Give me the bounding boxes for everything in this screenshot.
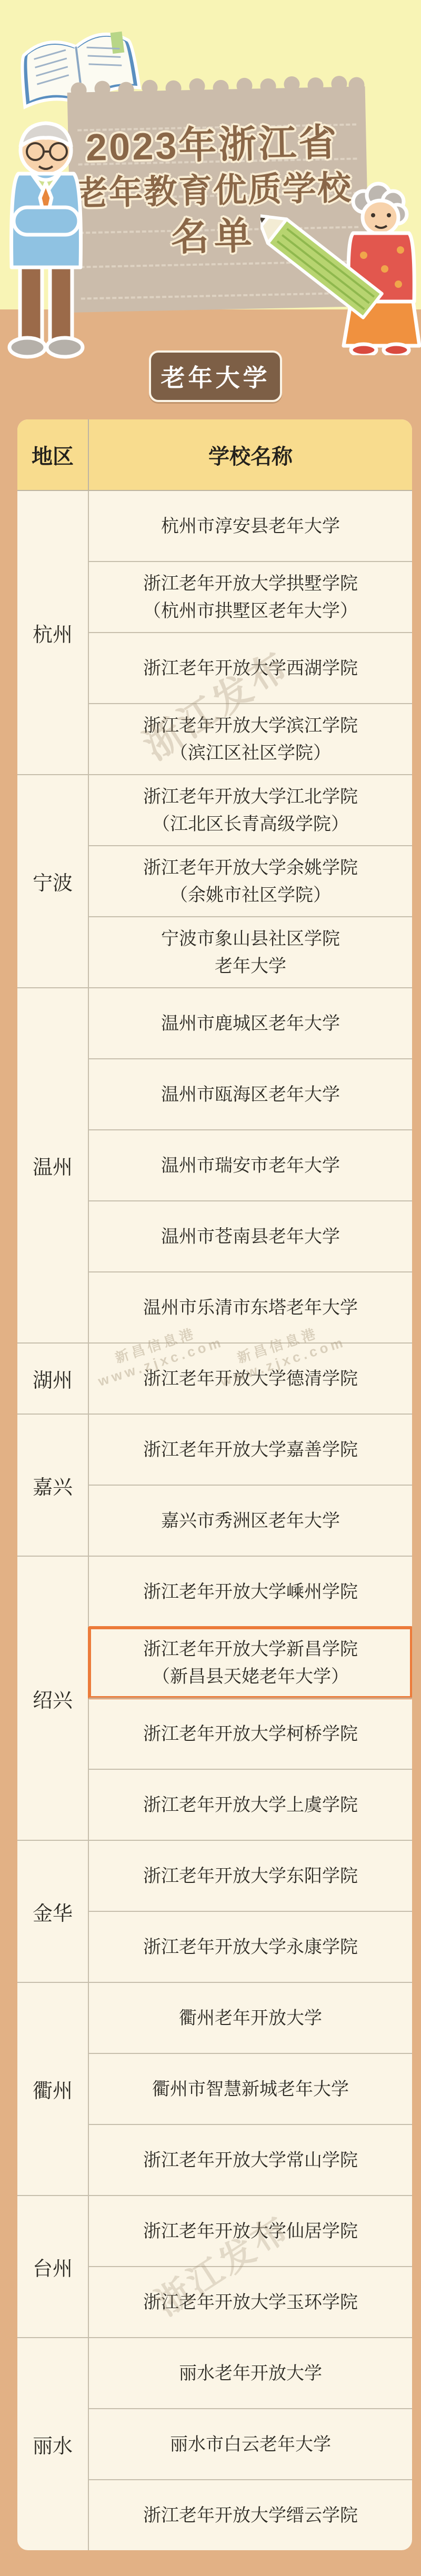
- school-name-line: （新昌县天姥老年大学）: [152, 1663, 349, 1690]
- school-row: 浙江老年开放大学常山学院: [89, 2124, 412, 2195]
- school-name-line: 浙江老年开放大学德清学院: [143, 1365, 358, 1392]
- school-name-line: 温州市鹿城区老年大学: [161, 1010, 340, 1037]
- school-row-highlighted: 浙江老年开放大学新昌学院（新昌县天姥老年大学）: [89, 1627, 412, 1698]
- school-row: 浙江老年开放大学西湖学院: [89, 632, 412, 703]
- region-rows: 浙江老年开放大学嵊州学院浙江老年开放大学新昌学院（新昌县天姥老年大学）浙江老年开…: [88, 1557, 412, 1840]
- school-row: 丽水老年开放大学: [89, 2338, 412, 2408]
- school-name-line: 浙江老年开放大学拱墅学院: [143, 570, 358, 597]
- school-name-line: 浙江老年开放大学江北学院: [143, 783, 358, 810]
- region-label: 温州: [17, 988, 88, 1342]
- school-row: 浙江老年开放大学仙居学院: [89, 2196, 412, 2266]
- region-label: 台州: [17, 2196, 88, 2337]
- category-badge-label: 老年大学: [161, 359, 270, 394]
- region-group: 嘉兴浙江老年开放大学嘉善学院嘉兴市秀洲区老年大学: [17, 1414, 412, 1556]
- school-row: 浙江老年开放大学玉环学院: [89, 2266, 412, 2337]
- region-rows: 浙江老年开放大学德清学院: [88, 1344, 412, 1414]
- school-row: 浙江老年开放大学滨江学院（滨江区社区学院）: [89, 703, 412, 774]
- school-row: 浙江老年开放大学德清学院: [89, 1344, 412, 1414]
- region-label: 丽水: [17, 2338, 88, 2550]
- table-header-row: 地区 学校名称: [17, 419, 412, 490]
- region-label: 金华: [17, 1841, 88, 1982]
- category-badge: 老年大学: [149, 350, 282, 402]
- school-row: 浙江老年开放大学拱墅学院（杭州市拱墅区老年大学）: [89, 561, 412, 632]
- school-row: 浙江老年开放大学嘉善学院: [89, 1415, 412, 1485]
- school-name-line: 温州市乐清市东塔老年大学: [143, 1294, 358, 1321]
- school-name-line: （江北区长青高级学院）: [152, 810, 349, 838]
- region-label: 嘉兴: [17, 1415, 88, 1556]
- region-label: 宁波: [17, 775, 88, 987]
- school-name-line: 浙江老年开放大学缙云学院: [143, 2502, 358, 2529]
- region-label: 杭州: [17, 491, 88, 774]
- school-row: 衢州老年开放大学: [89, 1983, 412, 2053]
- region-rows: 浙江老年开放大学东阳学院浙江老年开放大学永康学院: [88, 1841, 412, 1982]
- school-name-line: 嘉兴市秀洲区老年大学: [161, 1507, 340, 1535]
- school-name-line: 温州市瓯海区老年大学: [161, 1081, 340, 1108]
- column-header-region: 地区: [17, 419, 89, 490]
- school-row: 温州市瓯海区老年大学: [89, 1058, 412, 1129]
- school-name-line: 浙江老年开放大学玉环学院: [143, 2289, 358, 2316]
- region-group: 杭州杭州市淳安县老年大学浙江老年开放大学拱墅学院（杭州市拱墅区老年大学）浙江老年…: [17, 491, 412, 774]
- school-name-line: （杭州市拱墅区老年大学）: [143, 597, 358, 625]
- region-rows: 浙江老年开放大学江北学院（江北区长青高级学院）浙江老年开放大学余姚学院（余姚市社…: [88, 775, 412, 987]
- school-name-line: 浙江老年开放大学新昌学院: [143, 1636, 358, 1663]
- school-name-line: 浙江老年开放大学嘉善学院: [143, 1436, 358, 1464]
- school-name-line: 浙江老年开放大学余姚学院: [143, 854, 358, 881]
- school-row: 温州市乐清市东塔老年大学: [89, 1271, 412, 1342]
- school-row: 丽水市白云老年大学: [89, 2408, 412, 2479]
- region-group: 台州浙江老年开放大学仙居学院浙江老年开放大学玉环学院: [17, 2195, 412, 2337]
- school-name-line: 老年大学: [215, 953, 286, 980]
- school-row: 浙江老年开放大学缙云学院: [89, 2479, 412, 2550]
- school-row: 浙江老年开放大学江北学院（江北区长青高级学院）: [89, 775, 412, 845]
- elderly-man-illustration: [0, 109, 97, 367]
- elderly-woman-with-pencil-illustration: [260, 176, 421, 355]
- school-name-line: 浙江老年开放大学永康学院: [143, 1933, 358, 1961]
- school-name-line: 温州市苍南县老年大学: [161, 1223, 340, 1250]
- school-name-line: 浙江老年开放大学东阳学院: [143, 1862, 358, 1890]
- region-rows: 温州市鹿城区老年大学温州市瓯海区老年大学温州市瑞安市老年大学温州市苍南县老年大学…: [88, 988, 412, 1342]
- school-name-line: 浙江老年开放大学上虞学院: [143, 1791, 358, 1819]
- region-group: 湖州浙江老年开放大学德清学院: [17, 1342, 412, 1414]
- school-row: 杭州市淳安县老年大学: [89, 491, 412, 561]
- school-row: 浙江老年开放大学上虞学院: [89, 1769, 412, 1840]
- school-row: 衢州市智慧新城老年大学: [89, 2053, 412, 2124]
- school-row: 嘉兴市秀洲区老年大学: [89, 1485, 412, 1556]
- school-name-line: 浙江老年开放大学仙居学院: [143, 2218, 358, 2245]
- school-row: 浙江老年开放大学余姚学院（余姚市社区学院）: [89, 845, 412, 916]
- school-row: 温州市苍南县老年大学: [89, 1200, 412, 1271]
- region-label: 湖州: [17, 1344, 88, 1414]
- school-name-line: （余姚市社区学院）: [170, 881, 331, 909]
- region-rows: 杭州市淳安县老年大学浙江老年开放大学拱墅学院（杭州市拱墅区老年大学）浙江老年开放…: [88, 491, 412, 774]
- region-label: 绍兴: [17, 1557, 88, 1840]
- header-section: 2023年浙江省 老年教育优质学校 名单: [0, 0, 421, 309]
- region-rows: 浙江老年开放大学仙居学院浙江老年开放大学玉环学院: [88, 2196, 412, 2337]
- school-row: 温州市瑞安市老年大学: [89, 1129, 412, 1200]
- school-name-line: 浙江老年开放大学西湖学院: [143, 655, 358, 682]
- school-name-line: 丽水老年开放大学: [179, 2360, 322, 2387]
- region-group: 绍兴浙江老年开放大学嵊州学院浙江老年开放大学新昌学院（新昌县天姥老年大学）浙江老…: [17, 1556, 412, 1840]
- column-header-school: 学校名称: [89, 419, 412, 490]
- region-group: 温州温州市鹿城区老年大学温州市瓯海区老年大学温州市瑞安市老年大学温州市苍南县老年…: [17, 987, 412, 1342]
- school-name-line: 温州市瑞安市老年大学: [161, 1152, 340, 1179]
- region-group: 金华浙江老年开放大学东阳学院浙江老年开放大学永康学院: [17, 1840, 412, 1982]
- school-row: 浙江老年开放大学嵊州学院: [89, 1557, 412, 1627]
- school-name-line: （滨江区社区学院）: [170, 739, 331, 767]
- region-rows: 浙江老年开放大学嘉善学院嘉兴市秀洲区老年大学: [88, 1415, 412, 1556]
- school-name-line: 丽水市白云老年大学: [170, 2431, 331, 2458]
- school-name-line: 杭州市淳安县老年大学: [161, 513, 340, 540]
- school-row: 浙江老年开放大学永康学院: [89, 1911, 412, 1982]
- region-label: 衢州: [17, 1983, 88, 2195]
- school-name-line: 浙江老年开放大学柯桥学院: [143, 1720, 358, 1748]
- school-name-line: 衢州市智慧新城老年大学: [152, 2076, 349, 2103]
- region-group: 丽水丽水老年开放大学丽水市白云老年大学浙江老年开放大学缙云学院: [17, 2337, 412, 2550]
- school-name-line: 宁波市象山县社区学院: [161, 925, 340, 953]
- region-rows: 衢州老年开放大学衢州市智慧新城老年大学浙江老年开放大学常山学院: [88, 1983, 412, 2195]
- school-name-line: 浙江老年开放大学嵊州学院: [143, 1578, 358, 1606]
- school-name-line: 浙江老年开放大学滨江学院: [143, 712, 358, 739]
- table-body: 杭州杭州市淳安县老年大学浙江老年开放大学拱墅学院（杭州市拱墅区老年大学）浙江老年…: [17, 490, 412, 2550]
- schools-table: 地区 学校名称 杭州杭州市淳安县老年大学浙江老年开放大学拱墅学院（杭州市拱墅区老…: [17, 419, 412, 2550]
- region-rows: 丽水老年开放大学丽水市白云老年大学浙江老年开放大学缙云学院: [88, 2338, 412, 2550]
- school-name-line: 浙江老年开放大学常山学院: [143, 2147, 358, 2174]
- region-group: 宁波浙江老年开放大学江北学院（江北区长青高级学院）浙江老年开放大学余姚学院（余姚…: [17, 774, 412, 987]
- region-group: 衢州衢州老年开放大学衢州市智慧新城老年大学浙江老年开放大学常山学院: [17, 1982, 412, 2195]
- school-name-line: 衢州老年开放大学: [179, 2004, 322, 2032]
- school-row: 浙江老年开放大学柯桥学院: [89, 1698, 412, 1769]
- school-row: 宁波市象山县社区学院老年大学: [89, 916, 412, 987]
- school-row: 温州市鹿城区老年大学: [89, 988, 412, 1058]
- school-row: 浙江老年开放大学东阳学院: [89, 1841, 412, 1911]
- infographic-page: 2023年浙江省 老年教育优质学校 名单: [0, 0, 421, 2576]
